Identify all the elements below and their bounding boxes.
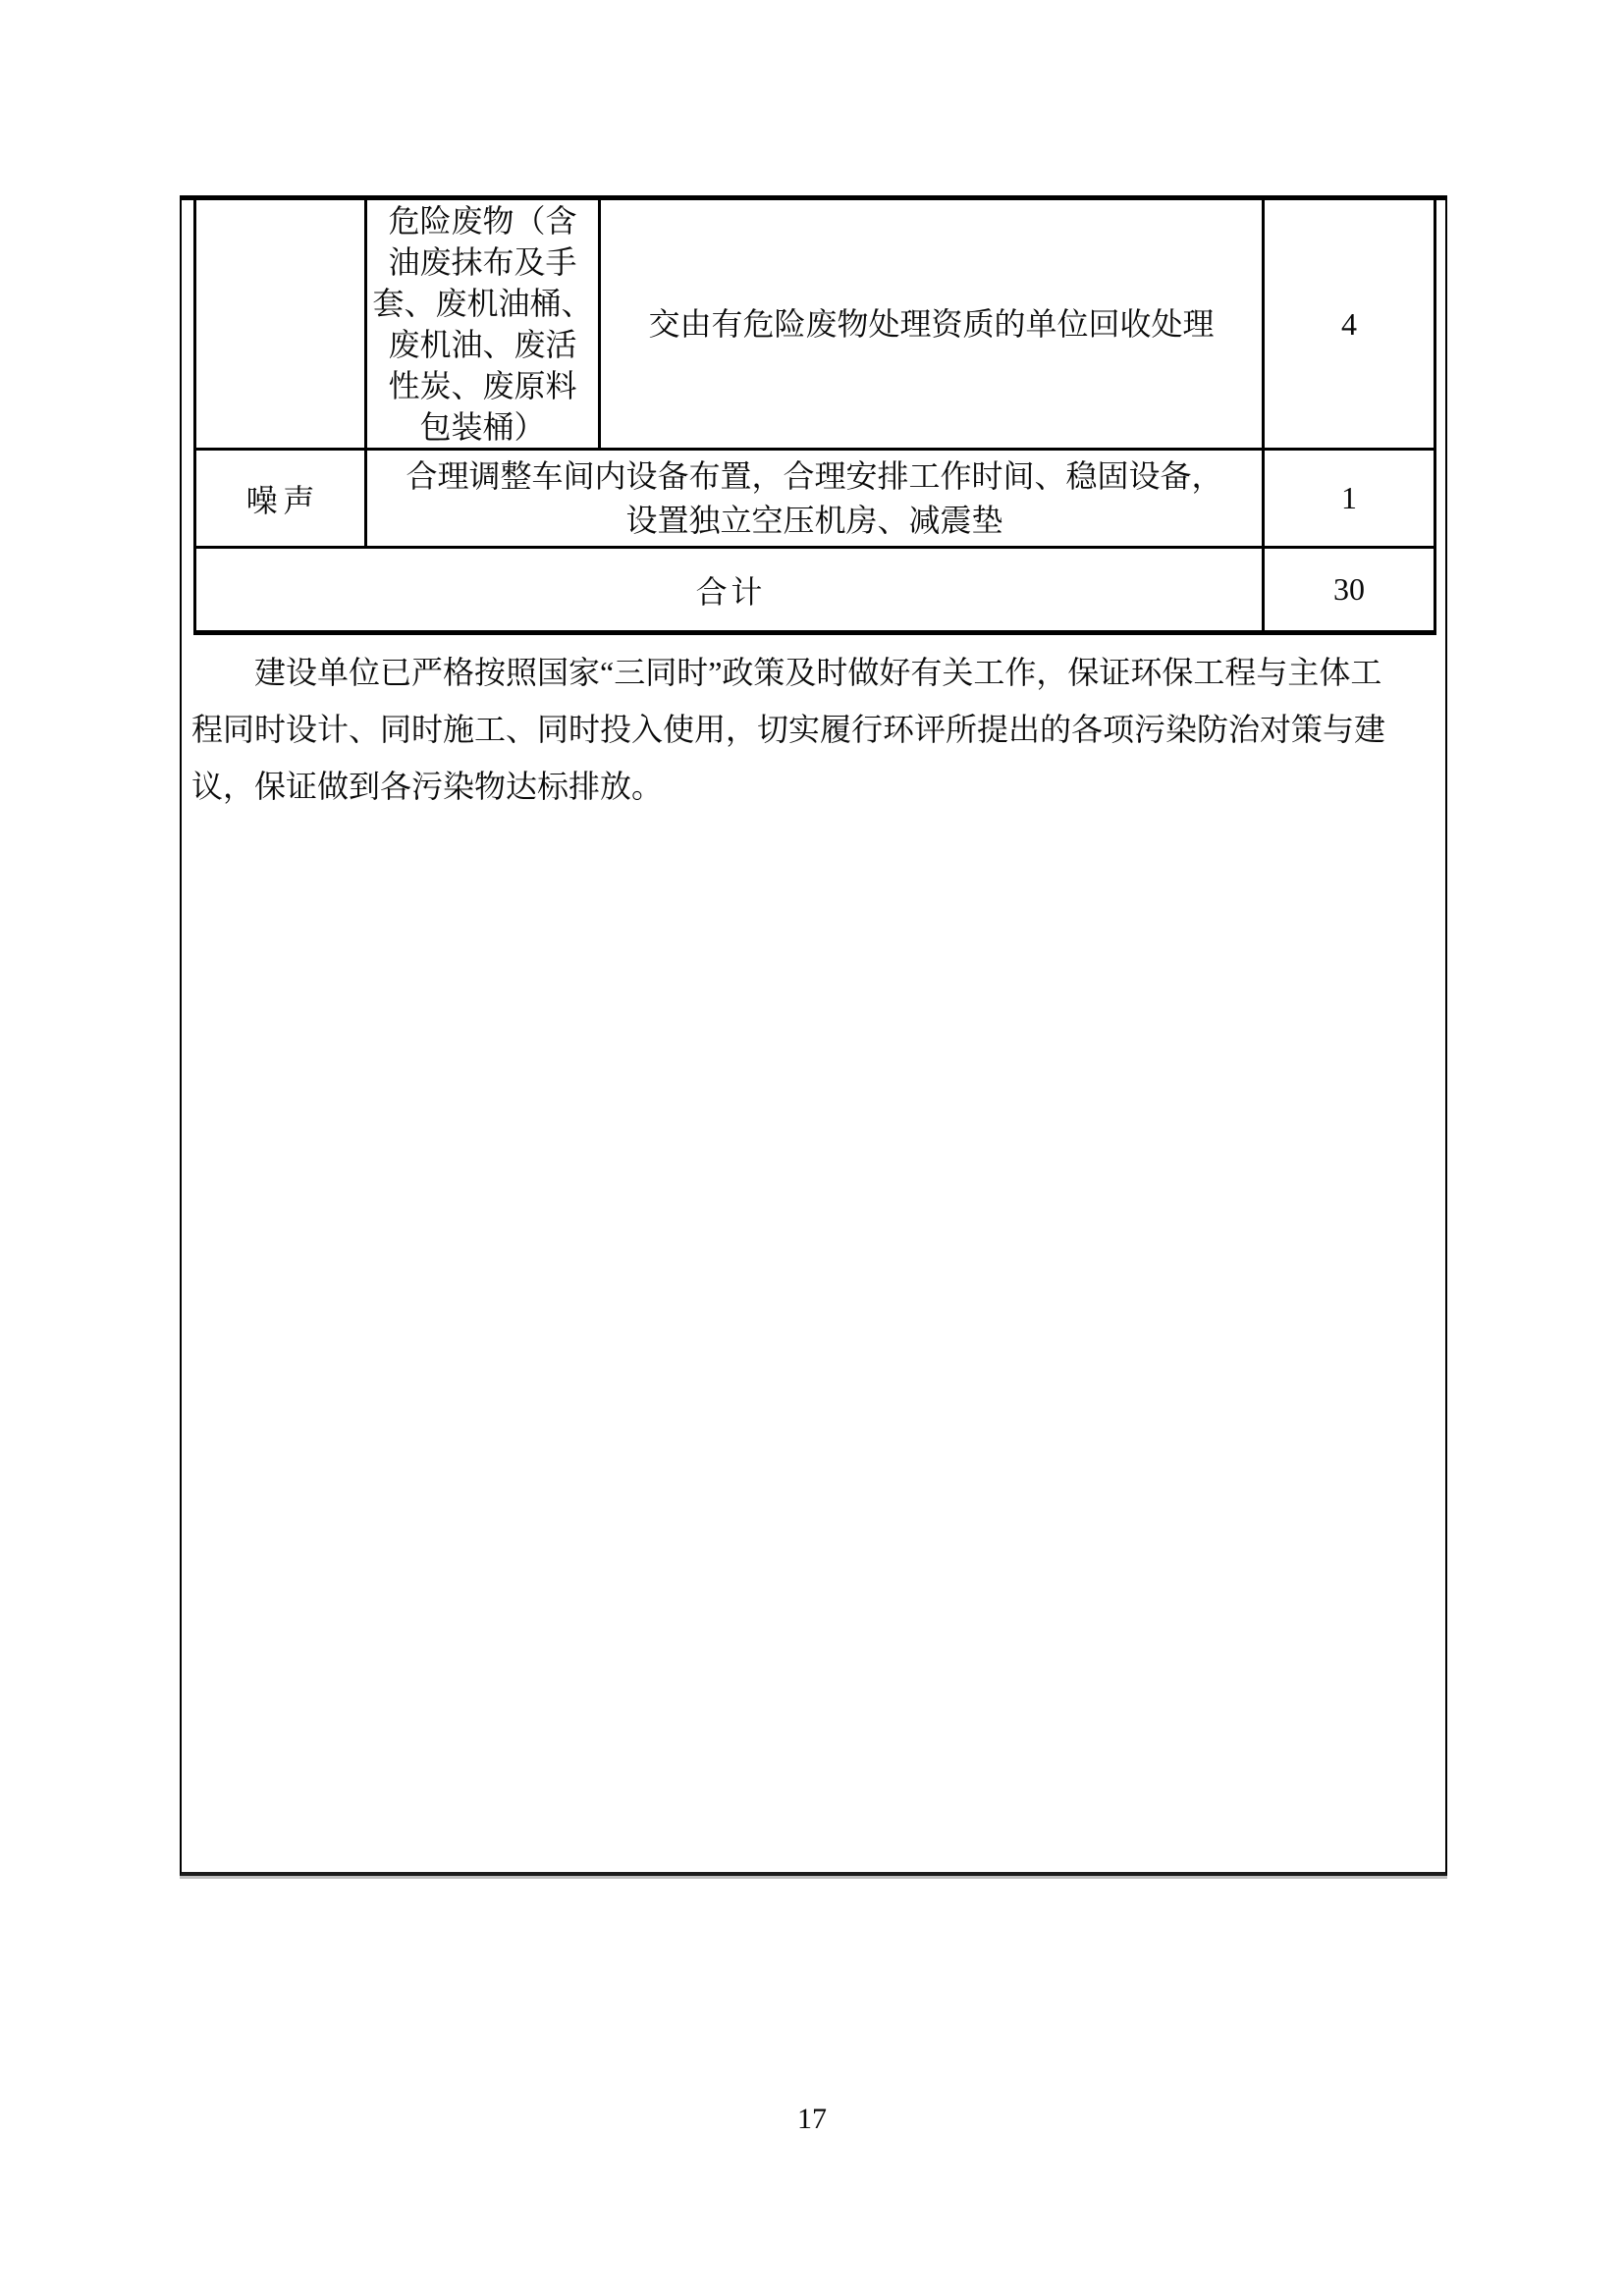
hazardous-waste-measure-cell: 交由有危险废物处理资质的单位回收处理 — [600, 200, 1264, 450]
noise-category-cell: 噪声 — [195, 450, 366, 548]
table-row-noise: 噪声 合理调整车间内设备布置，合理安排工作时间、稳固设备， 设置独立空压机房、减… — [195, 450, 1435, 548]
total-label-cell: 合计 — [195, 548, 1264, 633]
noise-measure-cell: 合理调整车间内设备布置，合理安排工作时间、稳固设备， 设置独立空压机房、减震垫 — [366, 450, 1264, 548]
page-number: 17 — [0, 2103, 1624, 2136]
table-row-total: 合计 30 — [195, 548, 1435, 633]
content-frame: 危险废物（含 油废抹布及手 套、废机油桶、 废机油、废活 性炭、废原料 包装桶）… — [180, 195, 1447, 1876]
total-value-cell: 30 — [1264, 548, 1435, 633]
hazardous-waste-value-cell: 4 — [1264, 200, 1435, 450]
hazardous-waste-item-cell: 危险废物（含 油废抹布及手 套、废机油桶、 废机油、废活 性炭、废原料 包装桶） — [366, 200, 600, 450]
table-row-hazardous-waste: 危险废物（含 油废抹布及手 套、废机油桶、 废机油、废活 性炭、废原料 包装桶）… — [195, 200, 1435, 450]
commitment-paragraph: 建设单位已严格按照国家“三同时”政策及时做好有关工作，保证环保工程与主体工 程同… — [191, 644, 1436, 815]
category-cell-empty — [195, 200, 366, 450]
document-page: 危险废物（含 油废抹布及手 套、废机油桶、 废机油、废活 性炭、废原料 包装桶）… — [0, 0, 1624, 2296]
pollution-mitigation-table: 危险废物（含 油废抹布及手 套、废机油桶、 废机油、废活 性炭、废原料 包装桶）… — [193, 200, 1436, 635]
noise-value-cell: 1 — [1264, 450, 1435, 548]
